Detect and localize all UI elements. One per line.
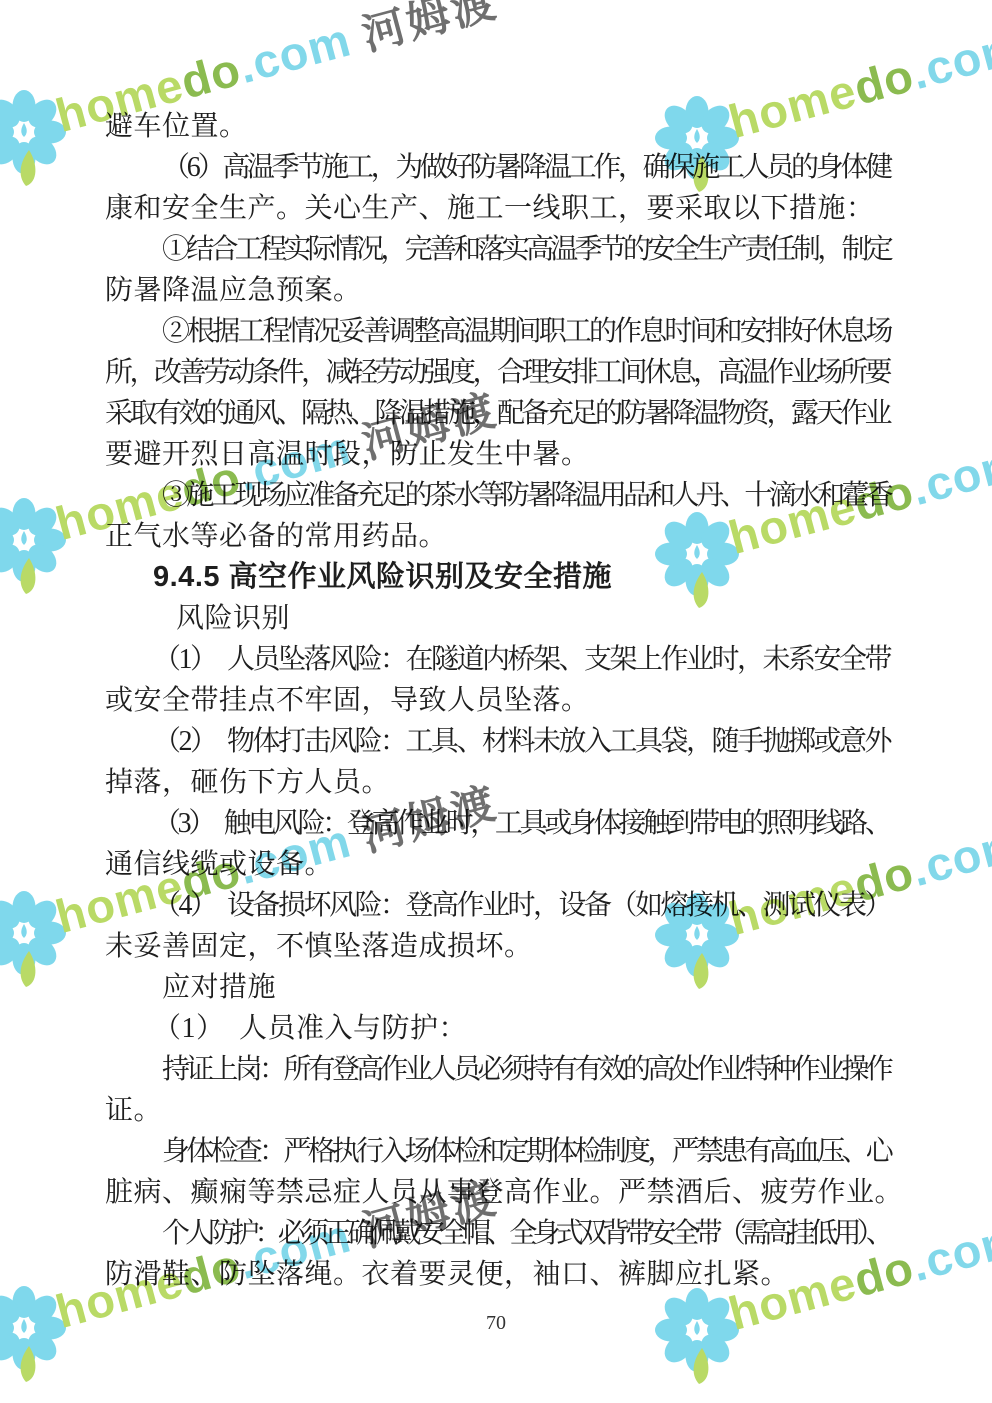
- text-line-content: （4） 设备损坏风险：登高作业时，设备（如熔接机、测试仪表）: [153, 890, 890, 921]
- text-line-content: 防暑降温应急预案。: [105, 275, 362, 306]
- text-line: ③施工现场应准备充足的茶水等防暑降温用品和人丹、十滴水和藿香: [105, 475, 905, 516]
- text-line-content: 掉落，砸伤下方人员。: [105, 767, 390, 798]
- text-block: 避车位置。（6）高温季节施工，为做好防暑降温工作，确保施工人员的身体健康和安全生…: [105, 106, 905, 1295]
- text-line-content: （1） 人员准入与防护：: [153, 1013, 467, 1044]
- text-line: 脏病、癫痫等禁忌症人员从事登高作业。严禁酒后、疲劳作业。: [105, 1172, 905, 1213]
- text-line: 个人防护：必须正确佩戴安全帽、全身式双背带安全带（需高挂低用）、: [105, 1213, 905, 1254]
- text-line: 采取有效的通风、隔热、降温措施，配备充足的防暑降温物资，露天作业: [105, 393, 905, 434]
- text-line: 防暑降温应急预案。: [105, 270, 905, 311]
- watermark-com-text: .com: [906, 19, 992, 100]
- text-line-content: 应对措施: [162, 972, 276, 1003]
- text-line-content: 要避开烈日高温时段，防止发生中暑。: [105, 439, 590, 470]
- text-line: 防滑鞋、防坠落绳。衣着要灵便，袖口、裤脚应扎紧。: [105, 1254, 905, 1295]
- text-line-content: 避车位置。: [105, 111, 248, 142]
- text-line-content: 正气水等必备的常用药品。: [105, 521, 447, 552]
- text-line-content: 采取有效的通风、隔热、降温措施，配备充足的防暑降温物资，露天作业: [105, 398, 889, 429]
- text-line: 未妥善固定，不慎坠落造成损坏。: [105, 926, 905, 967]
- text-line: 或安全带挂点不牢固，导致人员坠落。: [105, 680, 905, 721]
- text-line-content: （2） 物体打击风险：工具、材料未放入工具袋，随手抛掷或意外: [153, 726, 890, 757]
- text-line: 掉落，砸伤下方人员。: [105, 762, 905, 803]
- text-line: （2） 物体打击风险：工具、材料未放入工具袋，随手抛掷或意外: [105, 721, 905, 762]
- text-line-content: ③施工现场应准备充足的茶水等防暑降温用品和人丹、十滴水和藿香: [162, 480, 890, 511]
- homedo-flower-logo-icon: [0, 498, 66, 602]
- text-line: 通信线缆或设备。: [105, 844, 905, 885]
- watermark: homedo.com河姆渡: [655, 1288, 992, 1398]
- document-page: 避车位置。（6）高温季节施工，为做好防暑降温工作，确保施工人员的身体健康和安全生…: [0, 0, 992, 1403]
- text-line-content: 康和安全生产。关心生产、施工一线职工，要采取以下措施：: [105, 193, 875, 224]
- text-line: 风险识别: [105, 598, 905, 639]
- text-line: 证。: [105, 1090, 905, 1131]
- text-line: （1） 人员坠落风险：在隧道内桥架、支架上作业时，未系安全带: [105, 639, 905, 680]
- text-line: （6）高温季节施工，为做好防暑降温工作，确保施工人员的身体健: [105, 147, 905, 188]
- watermark-com-text: .com: [906, 435, 992, 516]
- text-line: （1） 人员准入与防护：: [105, 1008, 905, 1049]
- text-line: 身体检查：严格执行入场体检和定期体检制度，严禁患有高血压、心: [105, 1131, 905, 1172]
- text-line-content: 防滑鞋、防坠落绳。衣着要灵便，袖口、裤脚应扎紧。: [105, 1259, 789, 1290]
- watermark-do-text: do: [848, 48, 919, 115]
- text-line: ①结合工程实际情况，完善和落实高温季节的安全生产责任制，制定: [105, 229, 905, 270]
- text-line-content: 所，改善劳动条件，减轻劳动强度，合理安排工间休息，高温作业场所要: [105, 357, 889, 388]
- watermark-do-text: do: [175, 42, 246, 109]
- page-number: 70: [0, 1312, 992, 1335]
- text-line: 康和安全生产。关心生产、施工一线职工，要采取以下措施：: [105, 188, 905, 229]
- text-line: 所，改善劳动条件，减轻劳动强度，合理安排工间休息，高温作业场所要: [105, 352, 905, 393]
- text-line-content: ①结合工程实际情况，完善和落实高温季节的安全生产责任制，制定: [162, 234, 890, 265]
- text-line-content: 或安全带挂点不牢固，导致人员坠落。: [105, 685, 590, 716]
- watermark-cjk-text: 河姆渡: [357, 0, 503, 60]
- section-heading: 9.4.5 高空作业风险识别及安全措施: [105, 557, 905, 598]
- homedo-flower-logo-icon: [0, 1286, 66, 1390]
- text-line-content: 风险识别: [176, 603, 290, 634]
- text-line-content: （6）高温季节施工，为做好防暑降温工作，确保施工人员的身体健: [162, 152, 890, 183]
- text-line-content: 未妥善固定，不慎坠落造成损坏。: [105, 931, 533, 962]
- watermark-com-text: .com: [233, 13, 357, 94]
- watermark: homedo.com河姆渡: [0, 1286, 742, 1396]
- text-line-content: 9.4.5 高空作业风险识别及安全措施: [153, 561, 612, 593]
- text-line-content: （3） 触电风险：登高作业时，工具或身体接触到带电的照明线路、: [153, 808, 890, 839]
- text-line: （3） 触电风险：登高作业时，工具或身体接触到带电的照明线路、: [105, 803, 905, 844]
- text-line: 持证上岗：所有登高作业人员必须持有有效的高处作业特种作业操作: [105, 1049, 905, 1090]
- text-line-content: 个人防护：必须正确佩戴安全帽、全身式双背带安全带（需高挂低用）、: [162, 1218, 889, 1249]
- text-line: 应对措施: [105, 967, 905, 1008]
- text-line: 要避开烈日高温时段，防止发生中暑。: [105, 434, 905, 475]
- watermark-com-text: .com: [906, 816, 992, 897]
- text-line-content: ②根据工程情况妥善调整高温期间职工的作息时间和安排好休息场: [162, 316, 891, 347]
- text-line-content: 持证上岗：所有登高作业人员必须持有有效的高处作业特种作业操作: [162, 1054, 890, 1085]
- text-line-content: （1） 人员坠落风险：在隧道内桥架、支架上作业时，未系安全带: [153, 644, 890, 675]
- text-line-content: 脏病、癫痫等禁忌症人员从事登高作业。严禁酒后、疲劳作业。: [105, 1177, 903, 1208]
- text-line: 正气水等必备的常用药品。: [105, 516, 905, 557]
- watermark-com-text: .com: [906, 1211, 992, 1292]
- homedo-flower-logo-icon: [0, 90, 66, 194]
- text-line-content: 身体检查：严格执行入场体检和定期体检制度，严禁患有高血压、心: [162, 1136, 890, 1167]
- homedo-flower-logo-icon: [655, 1288, 739, 1392]
- text-line: ②根据工程情况妥善调整高温期间职工的作息时间和安排好休息场: [105, 311, 905, 352]
- text-line-content: 通信线缆或设备。: [105, 849, 333, 880]
- text-line: 避车位置。: [105, 106, 905, 147]
- text-line: （4） 设备损坏风险：登高作业时，设备（如熔接机、测试仪表）: [105, 885, 905, 926]
- homedo-flower-logo-icon: [0, 891, 66, 995]
- text-line-content: 证。: [105, 1095, 162, 1126]
